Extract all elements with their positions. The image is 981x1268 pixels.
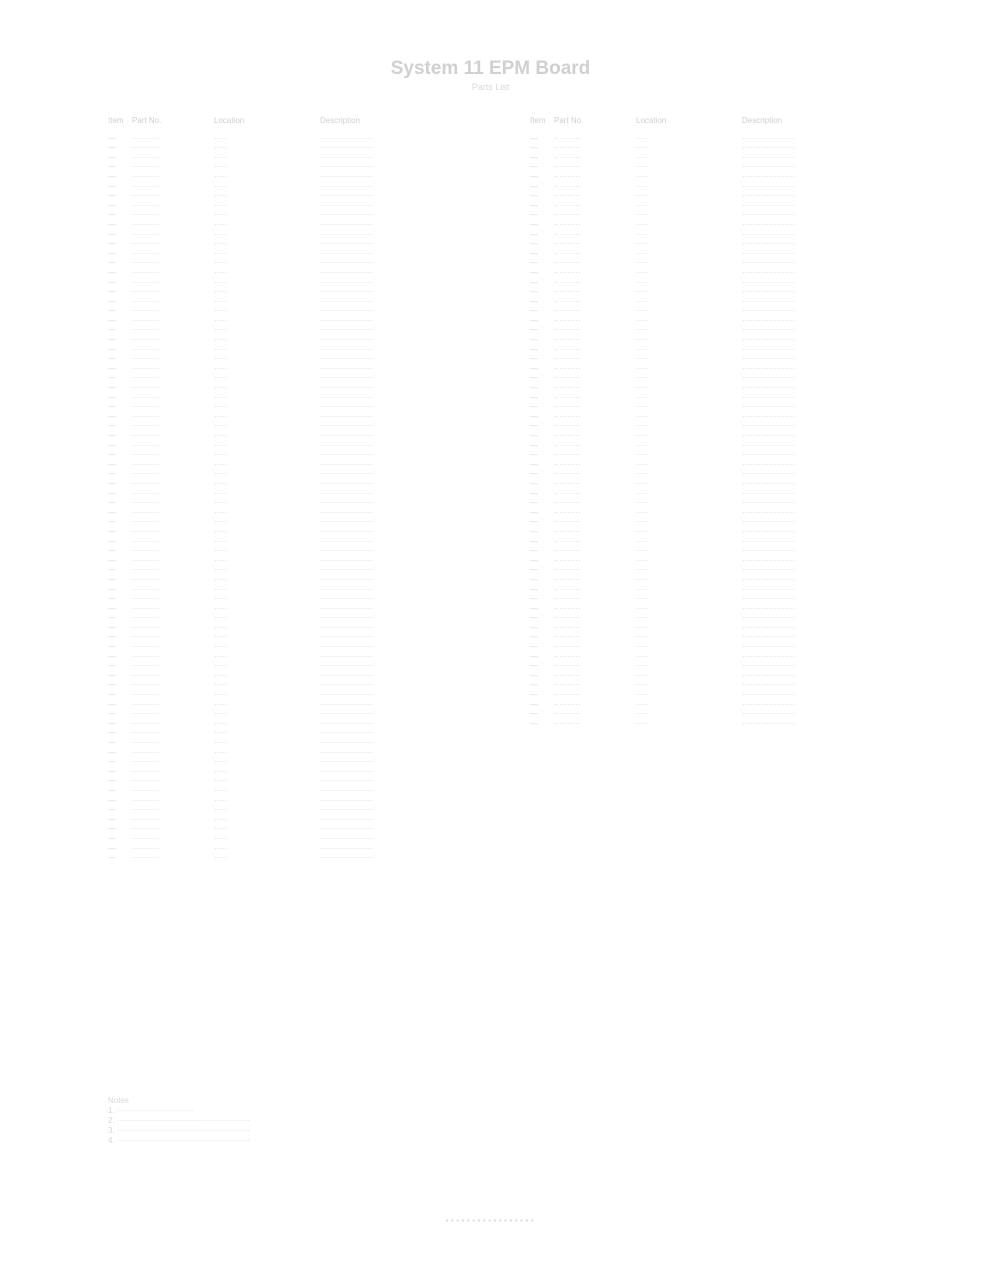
row-location: ····· [636, 441, 742, 451]
row-part: ·········· [132, 824, 214, 834]
row-location: ····· [214, 786, 320, 796]
row-item: — [108, 565, 132, 575]
row-location: ····· [636, 690, 742, 700]
header-item: Item [530, 116, 554, 126]
table-row: —··································· [108, 201, 508, 211]
row-item: — [530, 278, 554, 288]
table-row: —··································· [530, 210, 930, 220]
row-part: ·········· [132, 479, 214, 489]
row-item: — [530, 373, 554, 383]
table-row: —··································· [108, 767, 508, 777]
row-item: — [108, 690, 132, 700]
table-row: —··································· [530, 604, 930, 614]
table-body: —···································—···… [108, 134, 508, 863]
row-description: ···················· [742, 661, 930, 671]
row-location: ····· [214, 460, 320, 470]
table-row: —··································· [108, 460, 508, 470]
table-row: —··································· [108, 594, 508, 604]
row-item: — [530, 316, 554, 326]
row-location: ····· [214, 383, 320, 393]
table-row: —··································· [108, 345, 508, 355]
row-item: — [108, 210, 132, 220]
row-item: — [108, 680, 132, 690]
row-description: ···················· [742, 153, 930, 163]
row-part: ·········· [554, 143, 636, 153]
row-item: — [108, 537, 132, 547]
table-row: —··································· [108, 508, 508, 518]
table-row: —··································· [108, 441, 508, 451]
row-part: ·········· [554, 373, 636, 383]
row-description: ···················· [320, 220, 508, 230]
notes-line: 3. ·····································… [108, 1126, 488, 1136]
row-part: ·········· [554, 335, 636, 345]
table-body: —···································—···… [530, 134, 930, 729]
row-location: ····· [636, 652, 742, 662]
row-description: ···················· [742, 594, 930, 604]
table-header: Item Part No. Location Description [530, 116, 930, 126]
row-description: ···················· [320, 460, 508, 470]
row-item: — [108, 604, 132, 614]
row-location: ····· [214, 565, 320, 575]
row-item: — [108, 306, 132, 316]
row-location: ····· [636, 642, 742, 652]
table-row: —··································· [108, 220, 508, 230]
table-row: —··································· [108, 182, 508, 192]
table-row: —··································· [108, 239, 508, 249]
row-part: ·········· [554, 469, 636, 479]
row-location: ····· [636, 172, 742, 182]
header-description: Description [320, 116, 508, 126]
row-part: ·········· [554, 316, 636, 326]
table-row: —··································· [108, 278, 508, 288]
table-row: —··································· [530, 680, 930, 690]
row-description: ···················· [742, 306, 930, 316]
row-description: ···················· [320, 278, 508, 288]
header-part: Part No. [554, 116, 636, 126]
table-row: —··································· [108, 748, 508, 758]
row-location: ····· [214, 431, 320, 441]
row-item: — [108, 258, 132, 268]
row-description: ···················· [320, 556, 508, 566]
row-item: — [108, 776, 132, 786]
table-row: —··································· [530, 527, 930, 537]
row-description: ···················· [742, 210, 930, 220]
row-item: — [530, 421, 554, 431]
row-location: ····· [214, 805, 320, 815]
row-item: — [530, 297, 554, 307]
row-description: ···················· [320, 748, 508, 758]
row-item: — [530, 479, 554, 489]
row-part: ·········· [132, 556, 214, 566]
row-description: ···················· [742, 508, 930, 518]
table-row: —··································· [108, 585, 508, 595]
row-part: ·········· [554, 191, 636, 201]
row-item: — [530, 709, 554, 719]
row-item: — [530, 575, 554, 585]
row-location: ····· [636, 316, 742, 326]
table-row: —··································· [108, 728, 508, 738]
row-part: ·········· [554, 364, 636, 374]
row-item: — [108, 652, 132, 662]
row-part: ·········· [132, 162, 214, 172]
row-description: ···················· [320, 383, 508, 393]
row-location: ····· [214, 796, 320, 806]
row-description: ···················· [742, 354, 930, 364]
row-part: ·········· [554, 585, 636, 595]
row-part: ·········· [132, 709, 214, 719]
row-item: — [530, 680, 554, 690]
row-item: — [108, 268, 132, 278]
row-description: ···················· [320, 604, 508, 614]
row-description: ···················· [320, 767, 508, 777]
row-description: ···················· [320, 527, 508, 537]
row-part: ·········· [554, 172, 636, 182]
table-row: —··································· [108, 796, 508, 806]
table-row: —··································· [108, 719, 508, 729]
row-location: ····· [636, 421, 742, 431]
table-row: —··································· [108, 479, 508, 489]
row-description: ···················· [742, 268, 930, 278]
row-item: — [108, 805, 132, 815]
row-location: ····· [214, 748, 320, 758]
row-part: ·········· [554, 556, 636, 566]
table-row: —··································· [108, 824, 508, 834]
row-part: ·········· [554, 671, 636, 681]
row-description: ···················· [320, 335, 508, 345]
row-part: ·········· [132, 441, 214, 451]
row-part: ·········· [554, 354, 636, 364]
row-location: ····· [636, 604, 742, 614]
row-item: — [108, 469, 132, 479]
row-item: — [108, 431, 132, 441]
row-part: ·········· [132, 652, 214, 662]
row-description: ···················· [742, 143, 930, 153]
row-location: ····· [214, 373, 320, 383]
row-description: ···················· [320, 690, 508, 700]
row-location: ····· [214, 508, 320, 518]
row-description: ···················· [742, 191, 930, 201]
row-item: — [530, 556, 554, 566]
row-description: ···················· [742, 412, 930, 422]
row-description: ···················· [320, 306, 508, 316]
row-description: ···················· [742, 604, 930, 614]
row-item: — [108, 162, 132, 172]
row-item: — [108, 575, 132, 585]
row-location: ····· [214, 258, 320, 268]
row-item: — [530, 517, 554, 527]
row-item: — [530, 172, 554, 182]
row-description: ···················· [320, 316, 508, 326]
row-location: ····· [636, 191, 742, 201]
row-description: ···················· [320, 776, 508, 786]
row-location: ····· [636, 239, 742, 249]
table-row: —··································· [530, 335, 930, 345]
row-part: ·········· [554, 258, 636, 268]
row-item: — [530, 527, 554, 537]
row-item: — [530, 239, 554, 249]
row-description: ···················· [742, 652, 930, 662]
row-part: ·········· [554, 383, 636, 393]
row-description: ···················· [320, 632, 508, 642]
row-part: ·········· [132, 469, 214, 479]
row-part: ·········· [132, 623, 214, 633]
row-item: — [108, 671, 132, 681]
table-row: —··································· [530, 585, 930, 595]
row-part: ·········· [554, 527, 636, 537]
row-description: ···················· [742, 230, 930, 240]
row-location: ····· [214, 709, 320, 719]
row-description: ···················· [742, 460, 930, 470]
row-location: ····· [636, 278, 742, 288]
row-description: ···················· [320, 594, 508, 604]
row-part: ·········· [554, 508, 636, 518]
row-description: ···················· [742, 182, 930, 192]
row-part: ·········· [132, 767, 214, 777]
table-row: —··································· [530, 268, 930, 278]
row-location: ····· [636, 546, 742, 556]
row-description: ···················· [320, 575, 508, 585]
row-part: ·········· [132, 249, 214, 259]
row-part: ·········· [132, 565, 214, 575]
row-item: — [530, 431, 554, 441]
row-item: — [108, 517, 132, 527]
row-description: ···················· [320, 479, 508, 489]
row-description: ···················· [742, 287, 930, 297]
row-part: ·········· [554, 680, 636, 690]
row-location: ····· [214, 172, 320, 182]
row-location: ····· [214, 546, 320, 556]
row-item: — [530, 469, 554, 479]
row-description: ···················· [320, 258, 508, 268]
row-part: ·········· [554, 719, 636, 729]
row-description: ···················· [742, 537, 930, 547]
table-row: —··································· [108, 412, 508, 422]
row-description: ···················· [320, 364, 508, 374]
row-location: ····· [636, 210, 742, 220]
row-part: ·········· [132, 853, 214, 863]
row-location: ····· [214, 517, 320, 527]
row-item: — [530, 642, 554, 652]
row-part: ·········· [132, 815, 214, 825]
row-location: ····· [636, 469, 742, 479]
table-row: —··································· [530, 153, 930, 163]
row-item: — [108, 345, 132, 355]
row-part: ·········· [554, 134, 636, 144]
table-row: —··································· [530, 182, 930, 192]
table-row: —··································· [530, 441, 930, 451]
row-description: ···················· [742, 623, 930, 633]
row-part: ·········· [132, 546, 214, 556]
row-description: ···················· [742, 325, 930, 335]
table-row: —··································· [108, 450, 508, 460]
table-row: —··································· [108, 335, 508, 345]
row-part: ·········· [554, 450, 636, 460]
row-part: ·········· [554, 297, 636, 307]
row-location: ····· [636, 498, 742, 508]
row-description: ···················· [320, 134, 508, 144]
row-item: — [530, 613, 554, 623]
row-location: ····· [214, 134, 320, 144]
row-item: — [530, 201, 554, 211]
row-item: — [530, 594, 554, 604]
row-location: ····· [214, 268, 320, 278]
row-location: ····· [636, 556, 742, 566]
row-description: ···················· [742, 201, 930, 211]
row-item: — [108, 661, 132, 671]
row-location: ····· [636, 412, 742, 422]
row-part: ·········· [132, 421, 214, 431]
table-row: —··································· [530, 460, 930, 470]
row-part: ·········· [554, 402, 636, 412]
table-row: —··································· [530, 613, 930, 623]
row-description: ···················· [320, 393, 508, 403]
row-item: — [108, 421, 132, 431]
row-location: ····· [214, 537, 320, 547]
row-item: — [530, 383, 554, 393]
table-row: —··································· [108, 364, 508, 374]
row-description: ···················· [320, 613, 508, 623]
row-description: ···················· [742, 162, 930, 172]
table-row: —··································· [530, 632, 930, 642]
row-part: ·········· [132, 383, 214, 393]
row-location: ····· [636, 306, 742, 316]
row-location: ····· [636, 623, 742, 633]
row-part: ·········· [132, 393, 214, 403]
page-title: System 11 EPM Board [0, 58, 981, 80]
row-part: ·········· [554, 690, 636, 700]
row-description: ···················· [742, 489, 930, 499]
notes-line: 4. ·····································… [108, 1136, 488, 1146]
row-description: ···················· [320, 700, 508, 710]
row-item: — [530, 153, 554, 163]
row-item: — [530, 700, 554, 710]
row-location: ····· [636, 661, 742, 671]
row-location: ····· [214, 556, 320, 566]
row-part: ·········· [554, 268, 636, 278]
row-description: ···················· [742, 450, 930, 460]
row-location: ····· [636, 383, 742, 393]
table-row: —··································· [530, 287, 930, 297]
row-description: ···················· [320, 172, 508, 182]
row-part: ·········· [132, 316, 214, 326]
row-location: ····· [636, 345, 742, 355]
table-row: —··································· [530, 172, 930, 182]
row-part: ·········· [132, 594, 214, 604]
table-row: —··································· [530, 191, 930, 201]
row-description: ···················· [742, 479, 930, 489]
row-item: — [108, 143, 132, 153]
row-location: ····· [214, 719, 320, 729]
row-part: ·········· [132, 230, 214, 240]
row-part: ·········· [132, 278, 214, 288]
row-part: ·········· [132, 719, 214, 729]
table-row: —··································· [530, 661, 930, 671]
row-location: ····· [214, 585, 320, 595]
row-location: ····· [214, 776, 320, 786]
row-item: — [108, 402, 132, 412]
row-part: ·········· [554, 575, 636, 585]
row-part: ·········· [132, 796, 214, 806]
row-item: — [108, 767, 132, 777]
table-row: —··································· [108, 297, 508, 307]
row-part: ·········· [132, 604, 214, 614]
row-part: ·········· [132, 431, 214, 441]
row-description: ···················· [320, 441, 508, 451]
row-location: ····· [636, 489, 742, 499]
row-location: ····· [214, 469, 320, 479]
notes-line: 2. ·····································… [108, 1116, 488, 1126]
row-description: ···················· [320, 537, 508, 547]
row-part: ·········· [554, 220, 636, 230]
row-location: ····· [214, 393, 320, 403]
table-row: —··································· [108, 623, 508, 633]
row-location: ····· [214, 479, 320, 489]
row-description: ···················· [320, 354, 508, 364]
row-item: — [108, 498, 132, 508]
table-row: —··································· [108, 316, 508, 326]
table-row: —··································· [108, 546, 508, 556]
row-location: ····· [636, 153, 742, 163]
row-description: ···················· [742, 134, 930, 144]
row-part: ·········· [132, 345, 214, 355]
row-location: ····· [636, 431, 742, 441]
row-item: — [108, 632, 132, 642]
row-location: ····· [214, 498, 320, 508]
table-row: —··································· [530, 239, 930, 249]
row-item: — [530, 258, 554, 268]
row-description: ···················· [742, 421, 930, 431]
table-row: —··································· [530, 297, 930, 307]
row-location: ····· [214, 527, 320, 537]
row-part: ·········· [554, 412, 636, 422]
table-row: —··································· [530, 393, 930, 403]
row-location: ····· [214, 853, 320, 863]
row-part: ·········· [554, 306, 636, 316]
row-location: ····· [214, 575, 320, 585]
row-description: ···················· [742, 239, 930, 249]
row-item: — [108, 373, 132, 383]
row-item: — [108, 748, 132, 758]
row-item: — [108, 508, 132, 518]
table-row: —··································· [108, 517, 508, 527]
row-item: — [108, 172, 132, 182]
row-description: ···················· [320, 546, 508, 556]
row-item: — [108, 364, 132, 374]
row-part: ·········· [132, 354, 214, 364]
row-description: ···················· [742, 383, 930, 393]
row-location: ····· [636, 335, 742, 345]
row-location: ····· [214, 450, 320, 460]
row-part: ·········· [554, 709, 636, 719]
row-description: ···················· [320, 182, 508, 192]
row-part: ·········· [132, 239, 214, 249]
row-location: ····· [214, 489, 320, 499]
table-row: —··································· [530, 373, 930, 383]
row-description: ···················· [742, 585, 930, 595]
row-location: ····· [214, 728, 320, 738]
row-item: — [530, 565, 554, 575]
row-item: — [530, 393, 554, 403]
row-item: — [530, 460, 554, 470]
row-item: — [108, 383, 132, 393]
row-part: ·········· [132, 143, 214, 153]
row-item: — [108, 546, 132, 556]
table-row: —··································· [530, 556, 930, 566]
row-description: ···················· [320, 853, 508, 863]
table-row: —··································· [530, 565, 930, 575]
row-description: ···················· [742, 393, 930, 403]
row-description: ···················· [742, 642, 930, 652]
